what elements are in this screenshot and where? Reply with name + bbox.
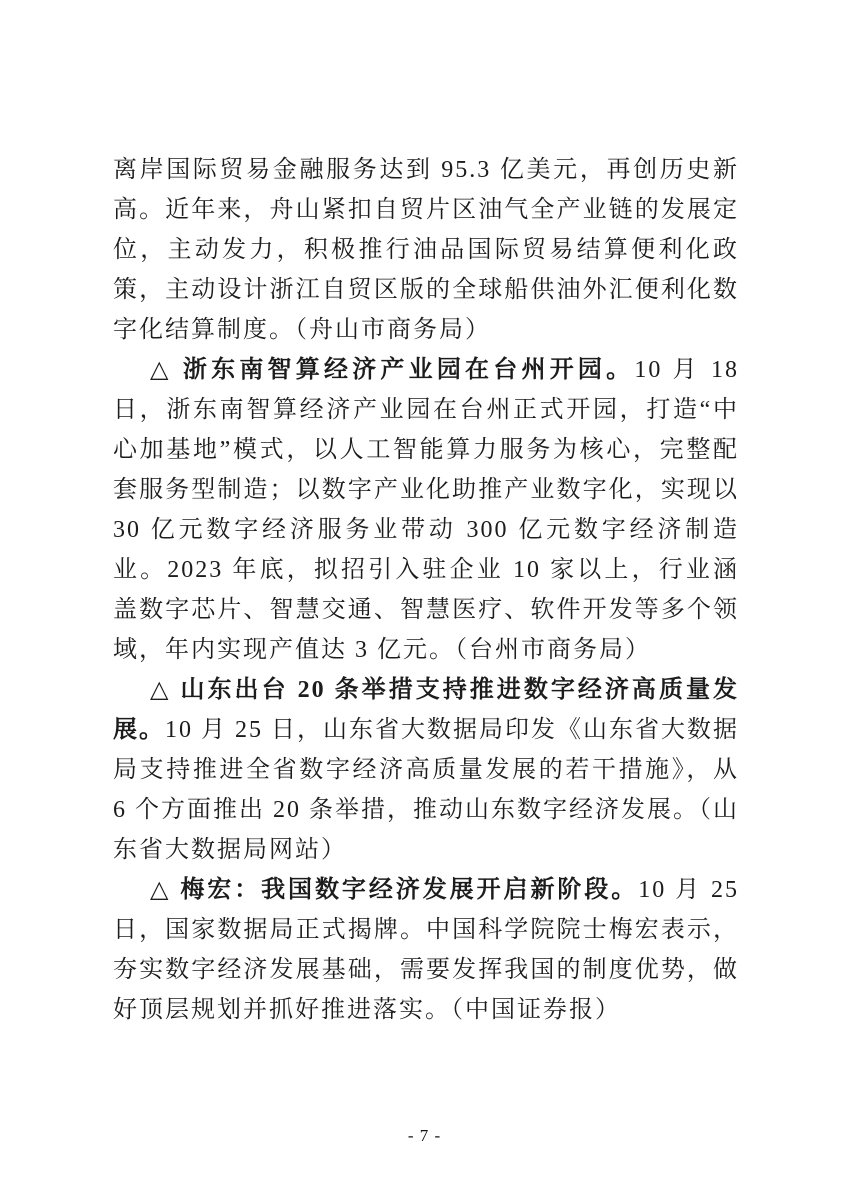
paragraph-continuation: 离岸国际贸易金融服务达到 95.3 亿美元，再创历史新高。近年来，舟山紧扣自贸片… [113, 150, 739, 350]
news-item-zhedongnan: △ 浙东南智算经济产业园在台州开园。10 月 18 日，浙东南智算经济产业园在台… [113, 350, 739, 670]
news-item-shandong: △ 山东出台 20 条举措支持推进数字经济高质量发展。10 月 25 日，山东省… [113, 670, 739, 870]
news-item-meihong: △ 梅宏：我国数字经济发展开启新阶段。10 月 25 日，国家数据局正式揭牌。中… [113, 870, 739, 1030]
page-number: - 7 - [0, 1126, 849, 1146]
document-page: { "document": { "paragraphs": [ { "lead"… [0, 0, 849, 1200]
news-item-headline: △ 梅宏：我国数字经济发展开启新阶段。 [150, 877, 638, 903]
paragraph-body-text: 10 月 18 日，浙东南智算经济产业园在台州正式开园，打造“中心加基地”模式，… [113, 357, 739, 663]
paragraph-body-text: 离岸国际贸易金融服务达到 95.3 亿美元，再创历史新高。近年来，舟山紧扣自贸片… [113, 157, 739, 343]
paragraph-body-text: 10 月 25 日，山东省大数据局印发《山东省大数据局支持推进全省数字经济高质量… [113, 717, 739, 863]
news-item-headline: △ 浙东南智算经济产业园在台州开园。 [150, 357, 634, 383]
page-background: 离岸国际贸易金融服务达到 95.3 亿美元，再创历史新高。近年来，舟山紧扣自贸片… [0, 0, 849, 1200]
document-body: 离岸国际贸易金融服务达到 95.3 亿美元，再创历史新高。近年来，舟山紧扣自贸片… [113, 150, 739, 1030]
